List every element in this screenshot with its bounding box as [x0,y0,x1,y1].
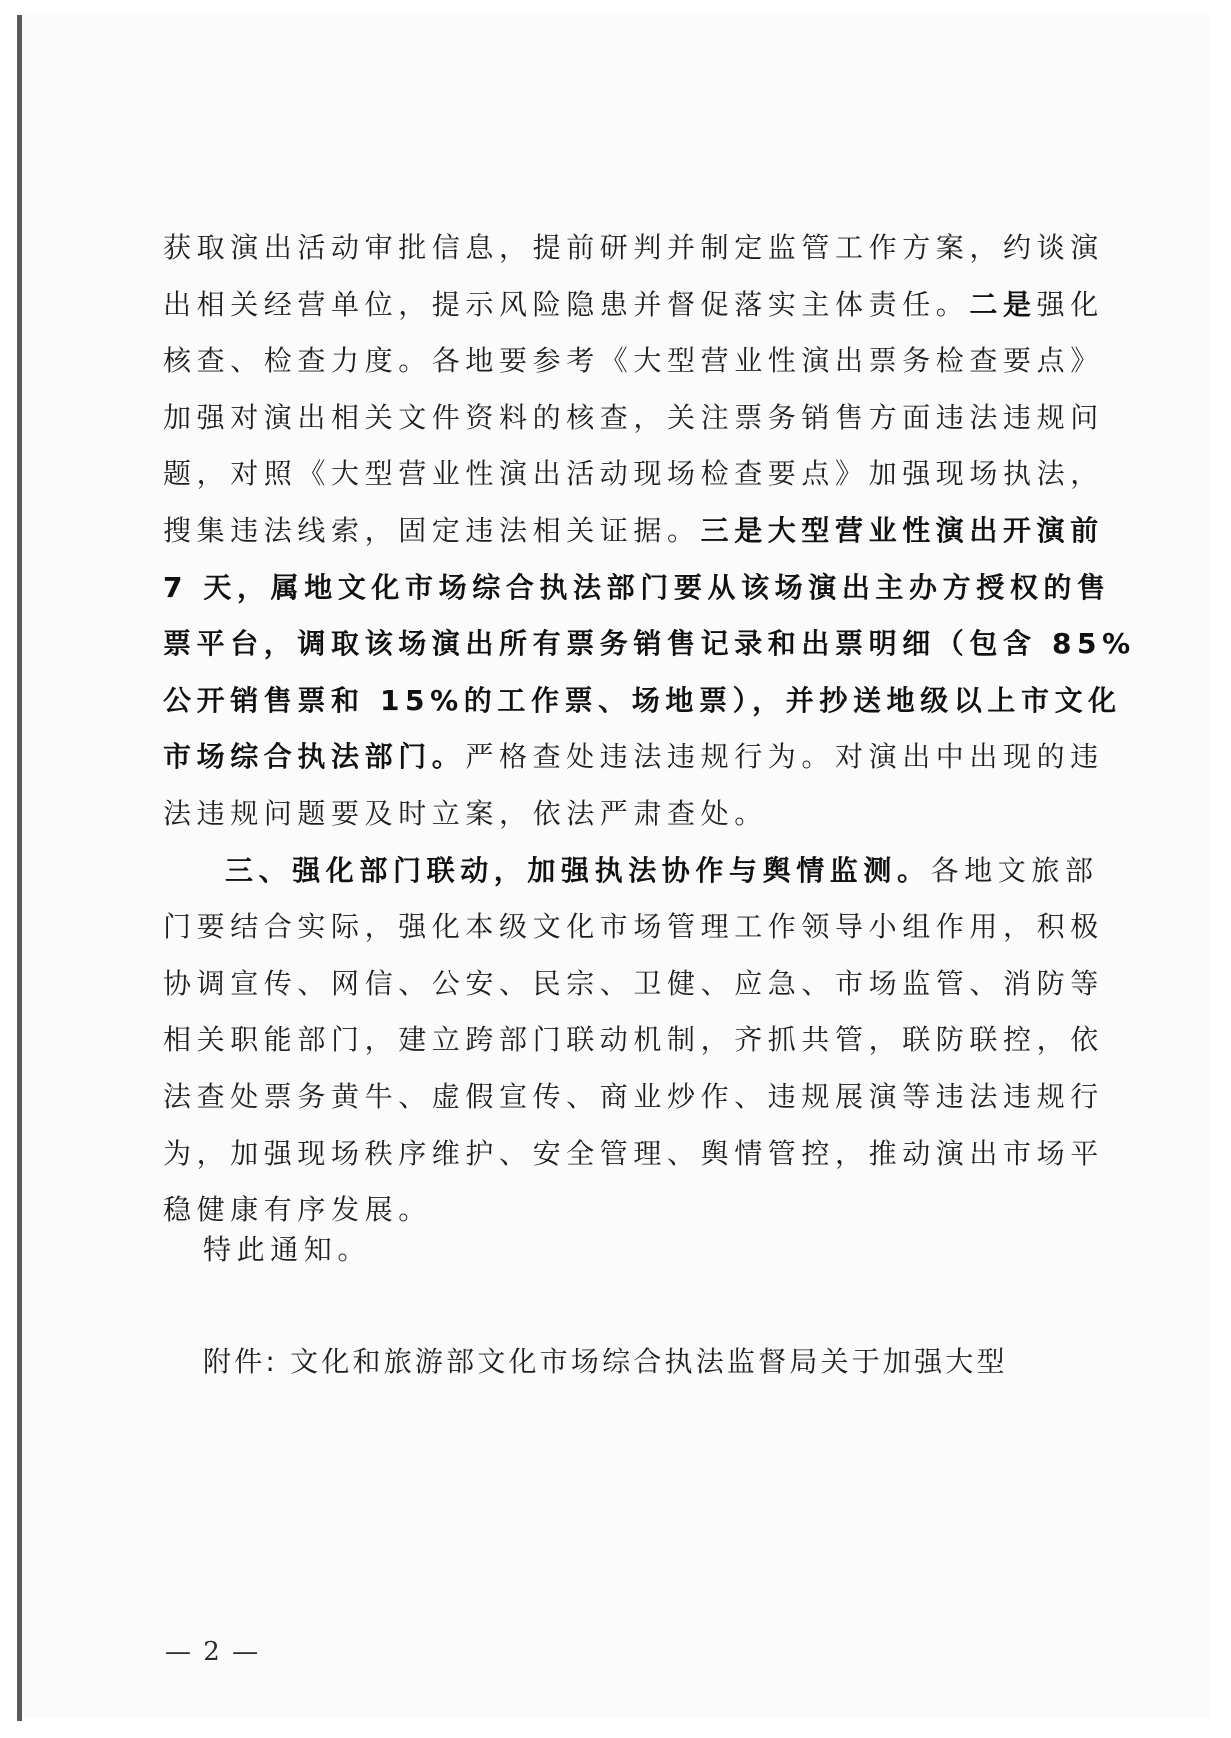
text-line: 公开销售票和 15%的工作票、场地票），并抄送地级以上市文化 [163,673,1097,730]
bold-text-segment: 市场综合执法部门。 [163,740,465,773]
text-segment: 获取演出活动审批信息，提前研判并制定监管工作方案，约谈演 [163,231,1104,264]
text-line: 相关职能部门，建立跨部门联动机制，齐抓共管，联防联控，依 [163,1012,1097,1069]
body-text: 获取演出活动审批信息，提前研判并制定监管工作方案，约谈演 出相关经营单位，提示风… [163,220,1097,1239]
page-number: — 2 — [165,1634,260,1670]
text-segment: 强化 [1037,288,1104,321]
text-segment: 为，加强现场秩序维护、安全管理、舆情管控，推动演出市场平 [163,1137,1104,1170]
section-heading-line: 三、强化部门联动，加强执法协作与舆情监测。各地文旅部 [163,843,1097,900]
document-page: 获取演出活动审批信息，提前研判并制定监管工作方案，约谈演 出相关经营单位，提示风… [22,15,1210,1718]
attachment-note: 附件: 文化和旅游部文化市场综合执法监督局关于加强大型 [203,1334,1075,1390]
text-segment: 核查、检查力度。各地要参考《大型营业性演出票务检查要点》 [163,344,1104,377]
text-segment: 相关职能部门，建立跨部门联动机制，齐抓共管，联防联控，依 [163,1023,1104,1056]
text-segment: 法违规问题要及时立案，依法严肃查处。 [163,797,768,830]
closing-statement: 特此通知。 [203,1222,371,1278]
text-segment: 加强对演出相关文件资料的核查，关注票务销售方面违法违规问 [163,401,1104,434]
text-segment: 协调宣传、网信、公安、民宗、卫健、应急、市场监管、消防等 [163,967,1104,1000]
text-line: 协调宣传、网信、公安、民宗、卫健、应急、市场监管、消防等 [163,956,1097,1013]
bold-text-segment: 三、强化部门联动，加强执法协作与舆情监测。 [225,854,931,887]
text-line: 出相关经营单位，提示风险隐患并督促落实主体责任。二是强化 [163,277,1097,334]
text-segment: 严格查处违法违规行为。对演出中出现的违 [465,740,1103,773]
text-segment: 出相关经营单位，提示风险隐患并督促落实主体责任。 [163,288,969,321]
text-line: 核查、检查力度。各地要参考《大型营业性演出票务检查要点》 [163,333,1097,390]
text-segment: 各地文旅部 [931,854,1099,887]
text-line: 7 天，属地文化市场综合执法部门要从该场演出主办方授权的售 [163,560,1097,617]
text-line: 法违规问题要及时立案，依法严肃查处。 [163,786,1097,843]
text-line: 为，加强现场秩序维护、安全管理、舆情管控，推动演出市场平 [163,1126,1097,1183]
text-line: 门要结合实际，强化本级文化市场管理工作领导小组作用，积极 [163,899,1097,956]
bold-text-segment: 二是 [969,288,1036,321]
text-line: 市场综合执法部门。严格查处违法违规行为。对演出中出现的违 [163,729,1097,786]
bold-text-segment: 三是大型营业性演出开演前 [701,514,1104,547]
bold-text-segment: 7 天，属地文化市场综合执法部门要从该场演出主办方授权的售 [163,571,1111,604]
text-line: 搜集违法线索，固定违法相关证据。三是大型营业性演出开演前 [163,503,1097,560]
text-line: 获取演出活动审批信息，提前研判并制定监管工作方案，约谈演 [163,220,1097,277]
text-line: 题，对照《大型营业性演出活动现场检查要点》加强现场执法， [163,446,1097,503]
text-line: 加强对演出相关文件资料的核查，关注票务销售方面违法违规问 [163,390,1097,447]
text-segment: 法查处票务黄牛、虚假宣传、商业炒作、违规展演等违法违规行 [163,1080,1104,1113]
bold-text-segment: 票平台，调取该场演出所有票务销售记录和出票明细（包含 85% [163,627,1136,660]
bold-text-segment: 公开销售票和 15%的工作票、场地票），并抄送地级以上市文化 [163,684,1122,717]
text-segment: 搜集违法线索，固定违法相关证据。 [163,514,701,547]
text-segment: 题，对照《大型营业性演出活动现场检查要点》加强现场执法， [163,457,1104,490]
text-line: 法查处票务黄牛、虚假宣传、商业炒作、违规展演等违法违规行 [163,1069,1097,1126]
text-line: 票平台，调取该场演出所有票务销售记录和出票明细（包含 85% [163,616,1097,673]
text-segment: 门要结合实际，强化本级文化市场管理工作领导小组作用，积极 [163,910,1104,943]
